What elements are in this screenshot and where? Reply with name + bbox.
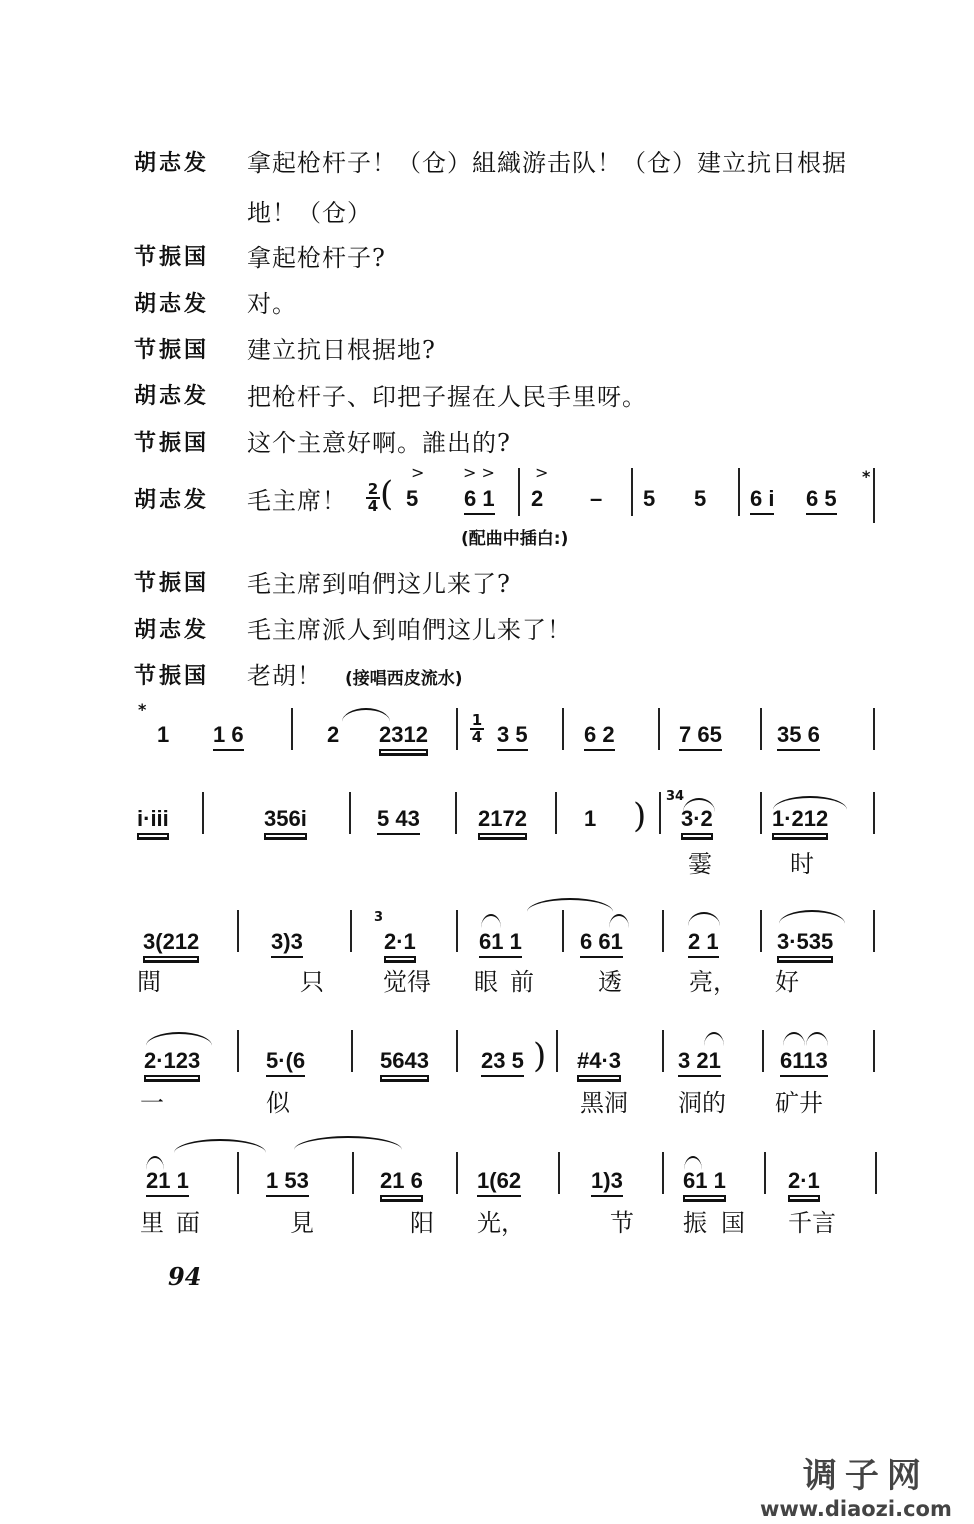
bar-line [873,792,875,834]
bar-line [555,792,557,834]
note: 6 1 [464,486,495,515]
speaker-name: 胡志发 [134,613,209,644]
bar-line [760,792,762,834]
note: 21 6 [380,1168,423,1197]
note-part: 3 [143,929,155,954]
speaker-name: 胡志发 [134,287,209,318]
note: 6 2 [584,722,615,751]
lyric: 振国 [683,1203,759,1238]
bar-line [202,792,204,834]
lyric: 矿井 [775,1083,823,1118]
speech-text: 拿起枪杆子！（仓）組織游击队！（仓）建立抗日根据 [247,143,847,178]
speech-text: 毛主席到咱們这儿来了? [247,564,511,599]
speaker-name: 节振国 [134,240,209,271]
note: i·iii [137,806,169,835]
bar-line [762,1030,764,1072]
note-part: 3 [611,1168,623,1193]
slur [527,898,613,912]
bar-line [562,910,564,952]
speaker-name: 节振国 [134,659,209,690]
time-num: 1 [470,713,484,728]
lyric: 黑洞 [580,1083,628,1118]
speech-text: 把枪杆子、印把子握在人民手里呀。 [247,377,647,412]
speech-text: 这个主意好啊。誰出的? [247,423,511,458]
bar-line [662,1030,664,1072]
note: 1 53 [266,1168,309,1197]
time-den: 4 [366,497,380,514]
lyric: 亮， [689,962,737,997]
note: 61 1 [683,1168,726,1197]
speech-continuation: 地！（仓） [247,193,372,228]
slur [481,914,501,928]
asterisk-mark: * [138,700,146,719]
accent-mark: > > [463,463,495,482]
lyric: 霎 [688,844,712,879]
note: 1)3 [591,1168,623,1197]
lyric: 似 [266,1083,290,1118]
time-den: 4 [470,728,484,745]
note: 3 5 [497,722,528,751]
lyric: 一 [140,1083,164,1118]
note-part: 3 [291,929,303,954]
note: 5 [406,486,418,512]
accent-mark: > [411,463,424,482]
note-part: 6 [293,1048,305,1073]
slur [174,1139,266,1153]
speaker-name: 胡志发 [134,379,209,410]
bar-line [873,708,875,750]
lyric: 里面 [140,1203,212,1238]
bar-line [556,1030,558,1072]
watermark-title: 调子网 [780,1448,952,1497]
note: 5 43 [377,806,420,835]
note: 2 [327,722,339,748]
note: 2312 [379,722,428,751]
accent-mark: > [535,463,548,482]
speaker-name: 节振国 [134,566,209,597]
note: – [590,486,602,512]
note: 6 5 [806,486,837,515]
bar-line [738,468,740,516]
lyric: 眼前 [474,962,546,997]
note: 23 5 [481,1048,524,1077]
lyric: 洞的 [678,1083,726,1118]
bar-line [658,708,660,750]
note-part: 1 [477,1168,489,1193]
lyric: 見 [290,1203,314,1238]
note: 3(212 [143,929,199,958]
lyric: 千言 [788,1203,836,1238]
note: 2·1 [384,929,416,958]
note-part: 1 [591,1168,603,1193]
note: 6113 [780,1048,828,1077]
speech-text: 老胡！ [247,656,322,691]
note: 6 i [750,486,774,515]
speaker-name: 胡志发 [134,146,209,177]
note-part: 62 [497,1168,521,1193]
speech-text: 拿起枪杆子? [247,238,386,273]
bar-line [455,792,457,834]
bar-line [760,708,762,750]
bar-line [873,1030,875,1072]
slur [779,910,845,924]
note: 61 1 [479,929,522,958]
note: 7 65 [679,722,722,751]
lyric: 节 [610,1203,634,1238]
grace-notes: 34 [666,789,684,804]
slur [783,1032,805,1046]
slur [609,914,629,928]
speaker-name: 胡志发 [134,483,209,514]
speaker-name: 节振国 [134,426,209,457]
note-part: 5· [266,1048,286,1073]
note: 5 [643,486,655,512]
insert-direction: (配曲中插白:) [461,524,568,549]
note: 2·1 [788,1168,820,1197]
speech-text: 建立抗日根据地? [247,330,436,365]
bar-line [291,708,293,750]
bar-line [631,468,633,516]
open-paren: ( [380,474,393,514]
note: 5 [694,486,706,512]
note: 356i [264,806,307,835]
lyric: 时 [790,844,814,879]
note: 3·535 [777,929,833,958]
bar-line [764,1152,766,1194]
page-number: 94 [168,1262,201,1291]
bar-line [237,1030,239,1072]
note: 1·212 [772,806,828,835]
bar-line [456,708,458,750]
lyric: 好 [775,962,799,997]
note: 35 6 [777,722,820,751]
time-signature: 2 4 [366,482,380,514]
slur [342,708,390,722]
note: 2 [531,486,543,512]
grace-notes: 3 [374,910,383,925]
note: 3 21 [678,1048,721,1077]
stage-direction: (接唱西皮流水) [345,664,463,689]
note-part: 3 [271,929,283,954]
bar-line [351,1030,353,1072]
speech-text: 毛主席！ [247,481,347,516]
bar-line [456,1152,458,1194]
bar-line [456,1030,458,1072]
note: 3)3 [271,929,303,958]
asterisk-mark: * [862,467,870,486]
note: 1 6 [213,722,244,751]
bar-line [237,1152,239,1194]
note: 5·(6 [266,1048,305,1077]
slur [146,1032,212,1046]
slur [294,1136,402,1150]
lyric: 間 [137,962,161,997]
bar-line [873,910,875,952]
close-paren: ) [533,1036,546,1076]
slur [688,912,720,926]
bar-line [875,1152,877,1194]
note-part: 212 [163,929,200,954]
time-signature: 1 4 [470,713,484,745]
speech-text: 毛主席派人到咱們这儿来了！ [247,610,572,645]
bar-line [349,792,351,834]
bar-line [662,910,664,952]
slur [806,1032,828,1046]
bar-line [659,792,661,834]
bar-line [873,468,875,523]
watermark-url: www.diaozi.com [760,1497,952,1521]
note: 21 1 [146,1168,189,1197]
note: 1 [157,722,169,748]
note: 5643 [380,1048,429,1077]
note: 1 [584,806,596,832]
note: #4·3 [577,1048,621,1077]
lyric: 光， [477,1203,525,1238]
watermark: 调子网 www.diaozi.com [780,1448,952,1521]
bar-line [662,1152,664,1194]
note: 2172 [478,806,527,835]
speaker-name: 节振国 [134,333,209,364]
lyric: 只 [300,962,324,997]
lyric: 透 [598,962,622,997]
lyric: 觉得 [383,962,431,997]
lyric: 阳 [410,1203,434,1238]
slur [704,1032,724,1046]
bar-line [760,910,762,952]
bar-line [352,1152,354,1194]
note: 3·2 [681,806,713,835]
speech-text: 对。 [247,284,297,319]
bar-line [518,468,520,516]
bar-line [456,910,458,952]
note: 2·123 [144,1048,200,1077]
bar-line [350,910,352,952]
note: 6 61 [580,929,623,958]
bar-line [558,1152,560,1194]
close-paren: ) [633,796,646,836]
note: 1(62 [477,1168,521,1197]
note: 2 1 [688,929,719,958]
bar-line [237,910,239,952]
time-num: 2 [366,482,380,497]
bar-line [562,708,564,750]
